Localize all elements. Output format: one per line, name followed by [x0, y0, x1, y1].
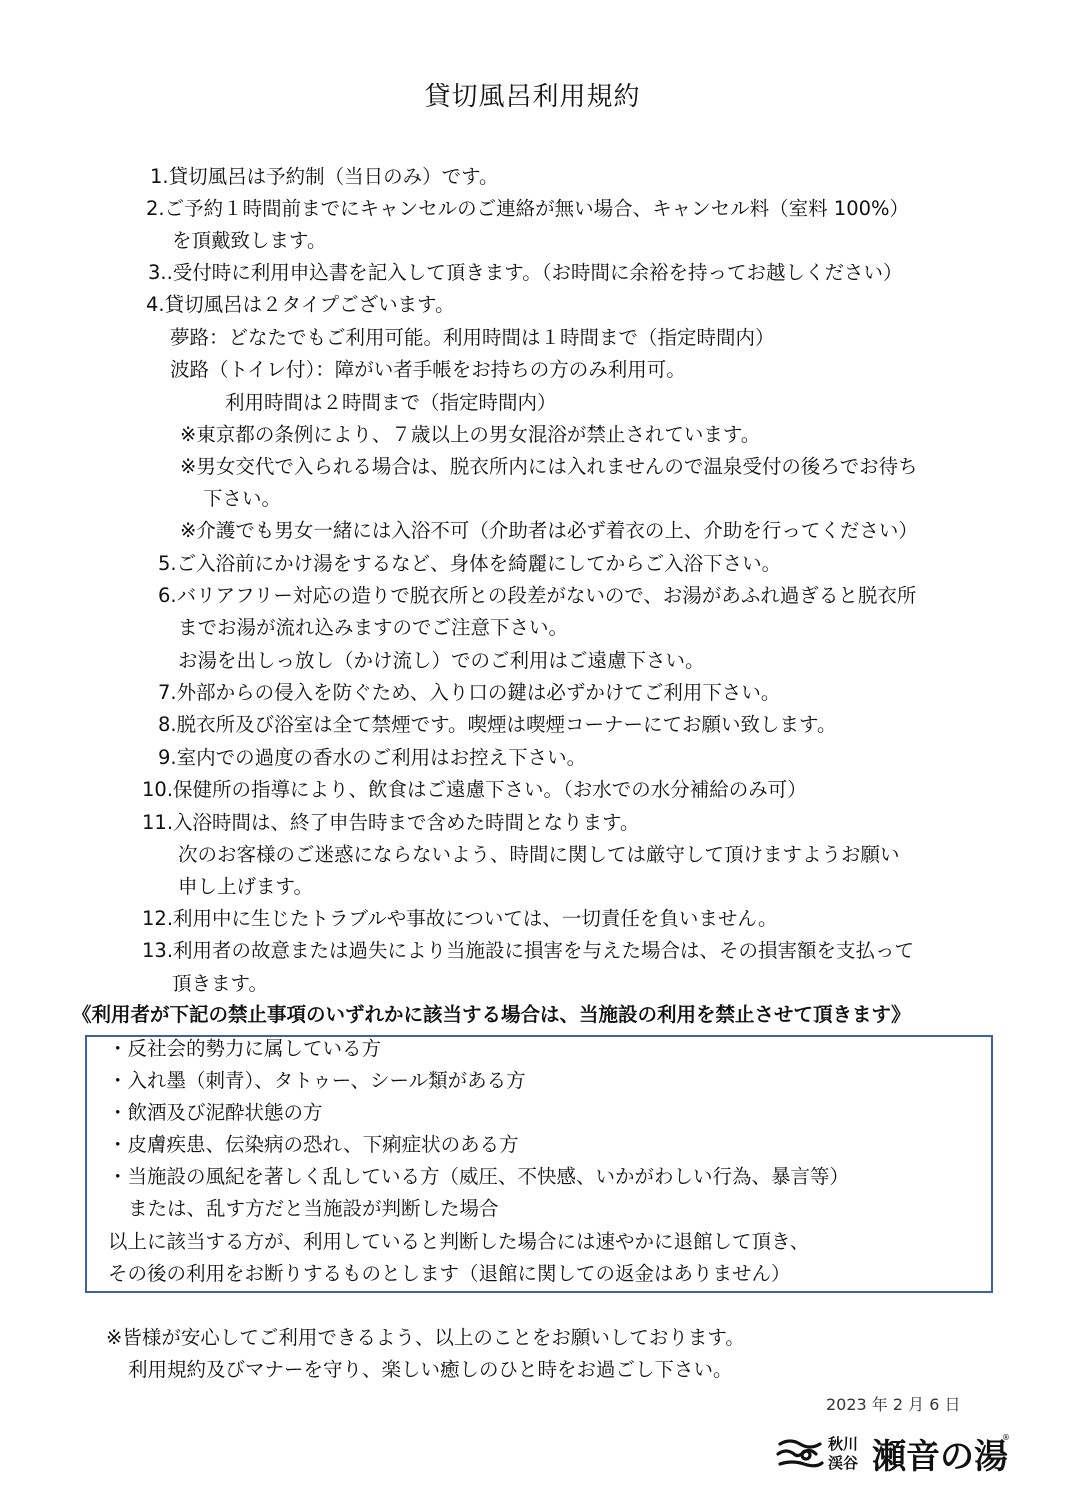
rule-line: ※東京都の条例により、７歳以上の男女混浴が禁止されています。	[180, 422, 760, 448]
rule-line: お湯を出しっ放し（かけ流し）でのご利用はご遠慮下さい。	[178, 648, 705, 674]
closing-line: ※皆様が安心してご利用できるよう、以上のことをお願いしております。	[106, 1325, 745, 1351]
prohibition-heading: 《利用者が下記の禁止事項のいずれかに該当する場合は、当施設の利用を禁止させて頂き…	[72, 1002, 911, 1028]
rule-line: 9.室内での過度の香水のご利用はお控え下さい。	[158, 745, 586, 771]
rule-line: 13.利用者の故意または過失により当施設に損害を与えた場合は、その損害額を支払っ…	[142, 938, 914, 964]
rule-line: 4.貸切風呂は２タイプございます。	[146, 292, 455, 318]
rule-line: 2.ご予約１時間前までにキャンセルのご連絡が無い場合、キャンセル料（室料 100…	[146, 196, 909, 222]
prohibition-item: その後の利用をお断りするものとします（退館に関しての返金はありません）	[108, 1261, 791, 1287]
rule-line: 申し上げます。	[178, 874, 313, 900]
rule-line: 6.バリアフリー対応の造りで脱衣所との段差がないので、お湯があふれ過ぎると脱衣所	[158, 583, 916, 609]
prohibition-item: ・当施設の風紀を著しく乱している方（威圧、不快感、いかがわしい行為、暴言等）	[108, 1164, 849, 1190]
rule-line: 波路（トイレ付）：障がい者手帳をお持ちの方のみ利用可。	[170, 357, 686, 383]
rule-line: 11.入浴時間は、終了申告時まで含めた時間となります。	[142, 810, 639, 836]
rule-line: 12.利用中に生じたトラブルや事故については、一切責任を負いません。	[142, 906, 778, 932]
prohibition-item: ・皮膚疾患、伝染病の恐れ、下痢症状のある方	[108, 1132, 519, 1158]
rule-line: までお湯が流れ込みますのでご注意下さい。	[178, 615, 568, 641]
rule-line: 1.貸切風呂は予約制（当日のみ）です。	[150, 164, 499, 190]
wave-emblem-icon: 秋川 渓谷 瀬音の湯 ®	[776, 1428, 1011, 1478]
prohibition-item: または、乱す方だと当施設が判断した場合	[128, 1196, 499, 1222]
rule-line: ※介護でも男女一緒には入浴不可（介助者は必ず着衣の上、介助を行ってください）	[180, 518, 918, 544]
rule-line: 頂きます。	[172, 971, 268, 997]
prohibition-item: 以上に該当する方が、利用していると判断した場合には速やかに退館して頂き、	[108, 1229, 809, 1255]
rule-line: 夢路：どなたでもご利用可能。利用時間は１時間まで（指定時間内）	[170, 325, 775, 351]
svg-text:渓谷: 渓谷	[828, 1454, 858, 1472]
rule-line: 7.外部からの侵入を防ぐため、入り口の鍵は必ずかけてご利用下さい。	[158, 680, 780, 706]
rule-line: 10.保健所の指導により、飲食はご遠慮下さい。（お水での水分補給のみ可）	[142, 777, 807, 803]
rule-line: 5.ご入浴前にかけ湯をするなど、身体を綺麗にしてからご入浴下さい。	[158, 551, 781, 577]
prohibition-item: ・反社会的勢力に属している方	[108, 1036, 381, 1062]
rule-line: 利用時間は２時間まで（指定時間内）	[225, 390, 557, 416]
svg-text:秋川: 秋川	[827, 1435, 858, 1453]
rule-line: 下さい。	[203, 486, 281, 512]
rule-line: 3..受付時に利用申込書を記入して頂きます。（お時間に余裕を持ってお越しください…	[148, 260, 903, 286]
rule-line: ※男女交代で入られる場合は、脱衣所内には入れませんので温泉受付の後ろでお待ち	[180, 454, 918, 480]
rule-line: 8.脱衣所及び浴室は全て禁煙です。喫煙は喫煙コーナーにてお願い致します。	[158, 712, 837, 738]
rule-line: を頂戴致します。	[172, 228, 326, 254]
rule-line: 次のお客様のご迷惑にならないよう、時間に関しては厳守して頂けますようお願い	[178, 842, 900, 868]
page-title: 貸切風呂利用規約	[0, 76, 1065, 113]
svg-text:瀬音の湯: 瀬音の湯	[872, 1437, 1008, 1477]
prohibition-item: ・飲酒及び泥酔状態の方	[108, 1100, 323, 1126]
prohibition-item: ・入れ墨（刺青）、タトゥー、シール類がある方	[108, 1068, 526, 1094]
facility-logo: 秋川 渓谷 瀬音の湯 ®	[776, 1428, 1011, 1478]
document-date: 2023 年 2 月 6 日	[826, 1392, 961, 1415]
closing-line: 利用規約及びマナーを守り、楽しい癒しのひと時をお過ごし下さい。	[128, 1357, 733, 1383]
svg-text:®: ®	[1002, 1433, 1010, 1442]
